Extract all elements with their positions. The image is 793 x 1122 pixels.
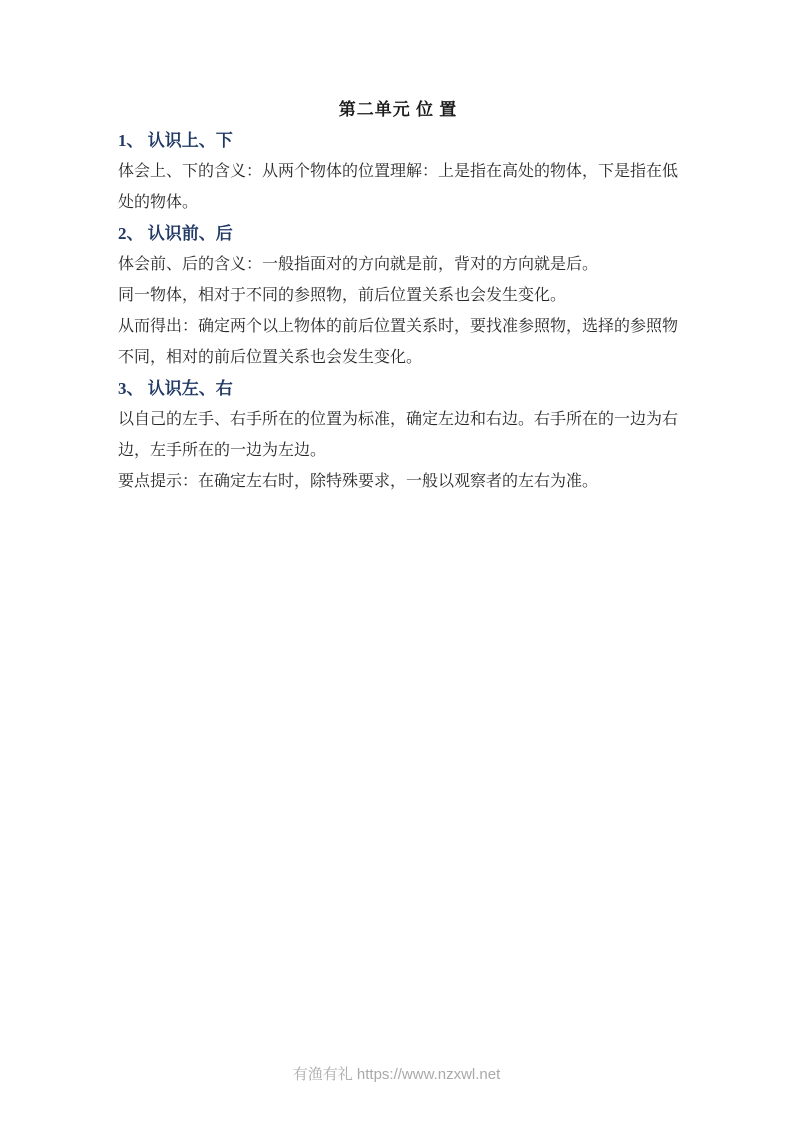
document-title: 第二单元 位 置 (118, 94, 678, 125)
paragraph: 从而得出：确定两个以上物体的前后位置关系时，要找准参照物，选择的参照物不同，相对… (118, 311, 678, 373)
watermark-text: 有渔有礼 (293, 1066, 357, 1083)
section-heading: 2、 认识前、后 (118, 218, 678, 249)
paragraph: 体会前、后的含义：一般指面对的方向就是前，背对的方向就是后。 (118, 249, 678, 280)
document-page: 第二单元 位 置 1、 认识上、下体会上、下的含义：从两个物体的位置理解：上是指… (0, 0, 793, 1122)
paragraph: 体会上、下的含义：从两个物体的位置理解：上是指在高处的物体，下是指在低处的物体。 (118, 156, 678, 218)
paragraph: 同一物体，相对于不同的参照物，前后位置关系也会发生变化。 (118, 280, 678, 311)
section-heading: 3、 认识左、右 (118, 373, 678, 404)
section-heading: 1、 认识上、下 (118, 125, 678, 156)
document-body: 1、 认识上、下体会上、下的含义：从两个物体的位置理解：上是指在高处的物体，下是… (118, 125, 678, 497)
paragraph: 以自己的左手、右手所在的位置为标准，确定左边和右边。右手所在的一边为右边，左手所… (118, 404, 678, 466)
paragraph: 要点提示：在确定左右时，除特殊要求，一般以观察者的左右为准。 (118, 466, 678, 497)
watermark-url: https://www.nzxwl.net (357, 1066, 500, 1083)
document-content: 第二单元 位 置 1、 认识上、下体会上、下的含义：从两个物体的位置理解：上是指… (118, 94, 678, 497)
page-footer: 有渔有礼 https://www.nzxwl.net (0, 1060, 793, 1090)
